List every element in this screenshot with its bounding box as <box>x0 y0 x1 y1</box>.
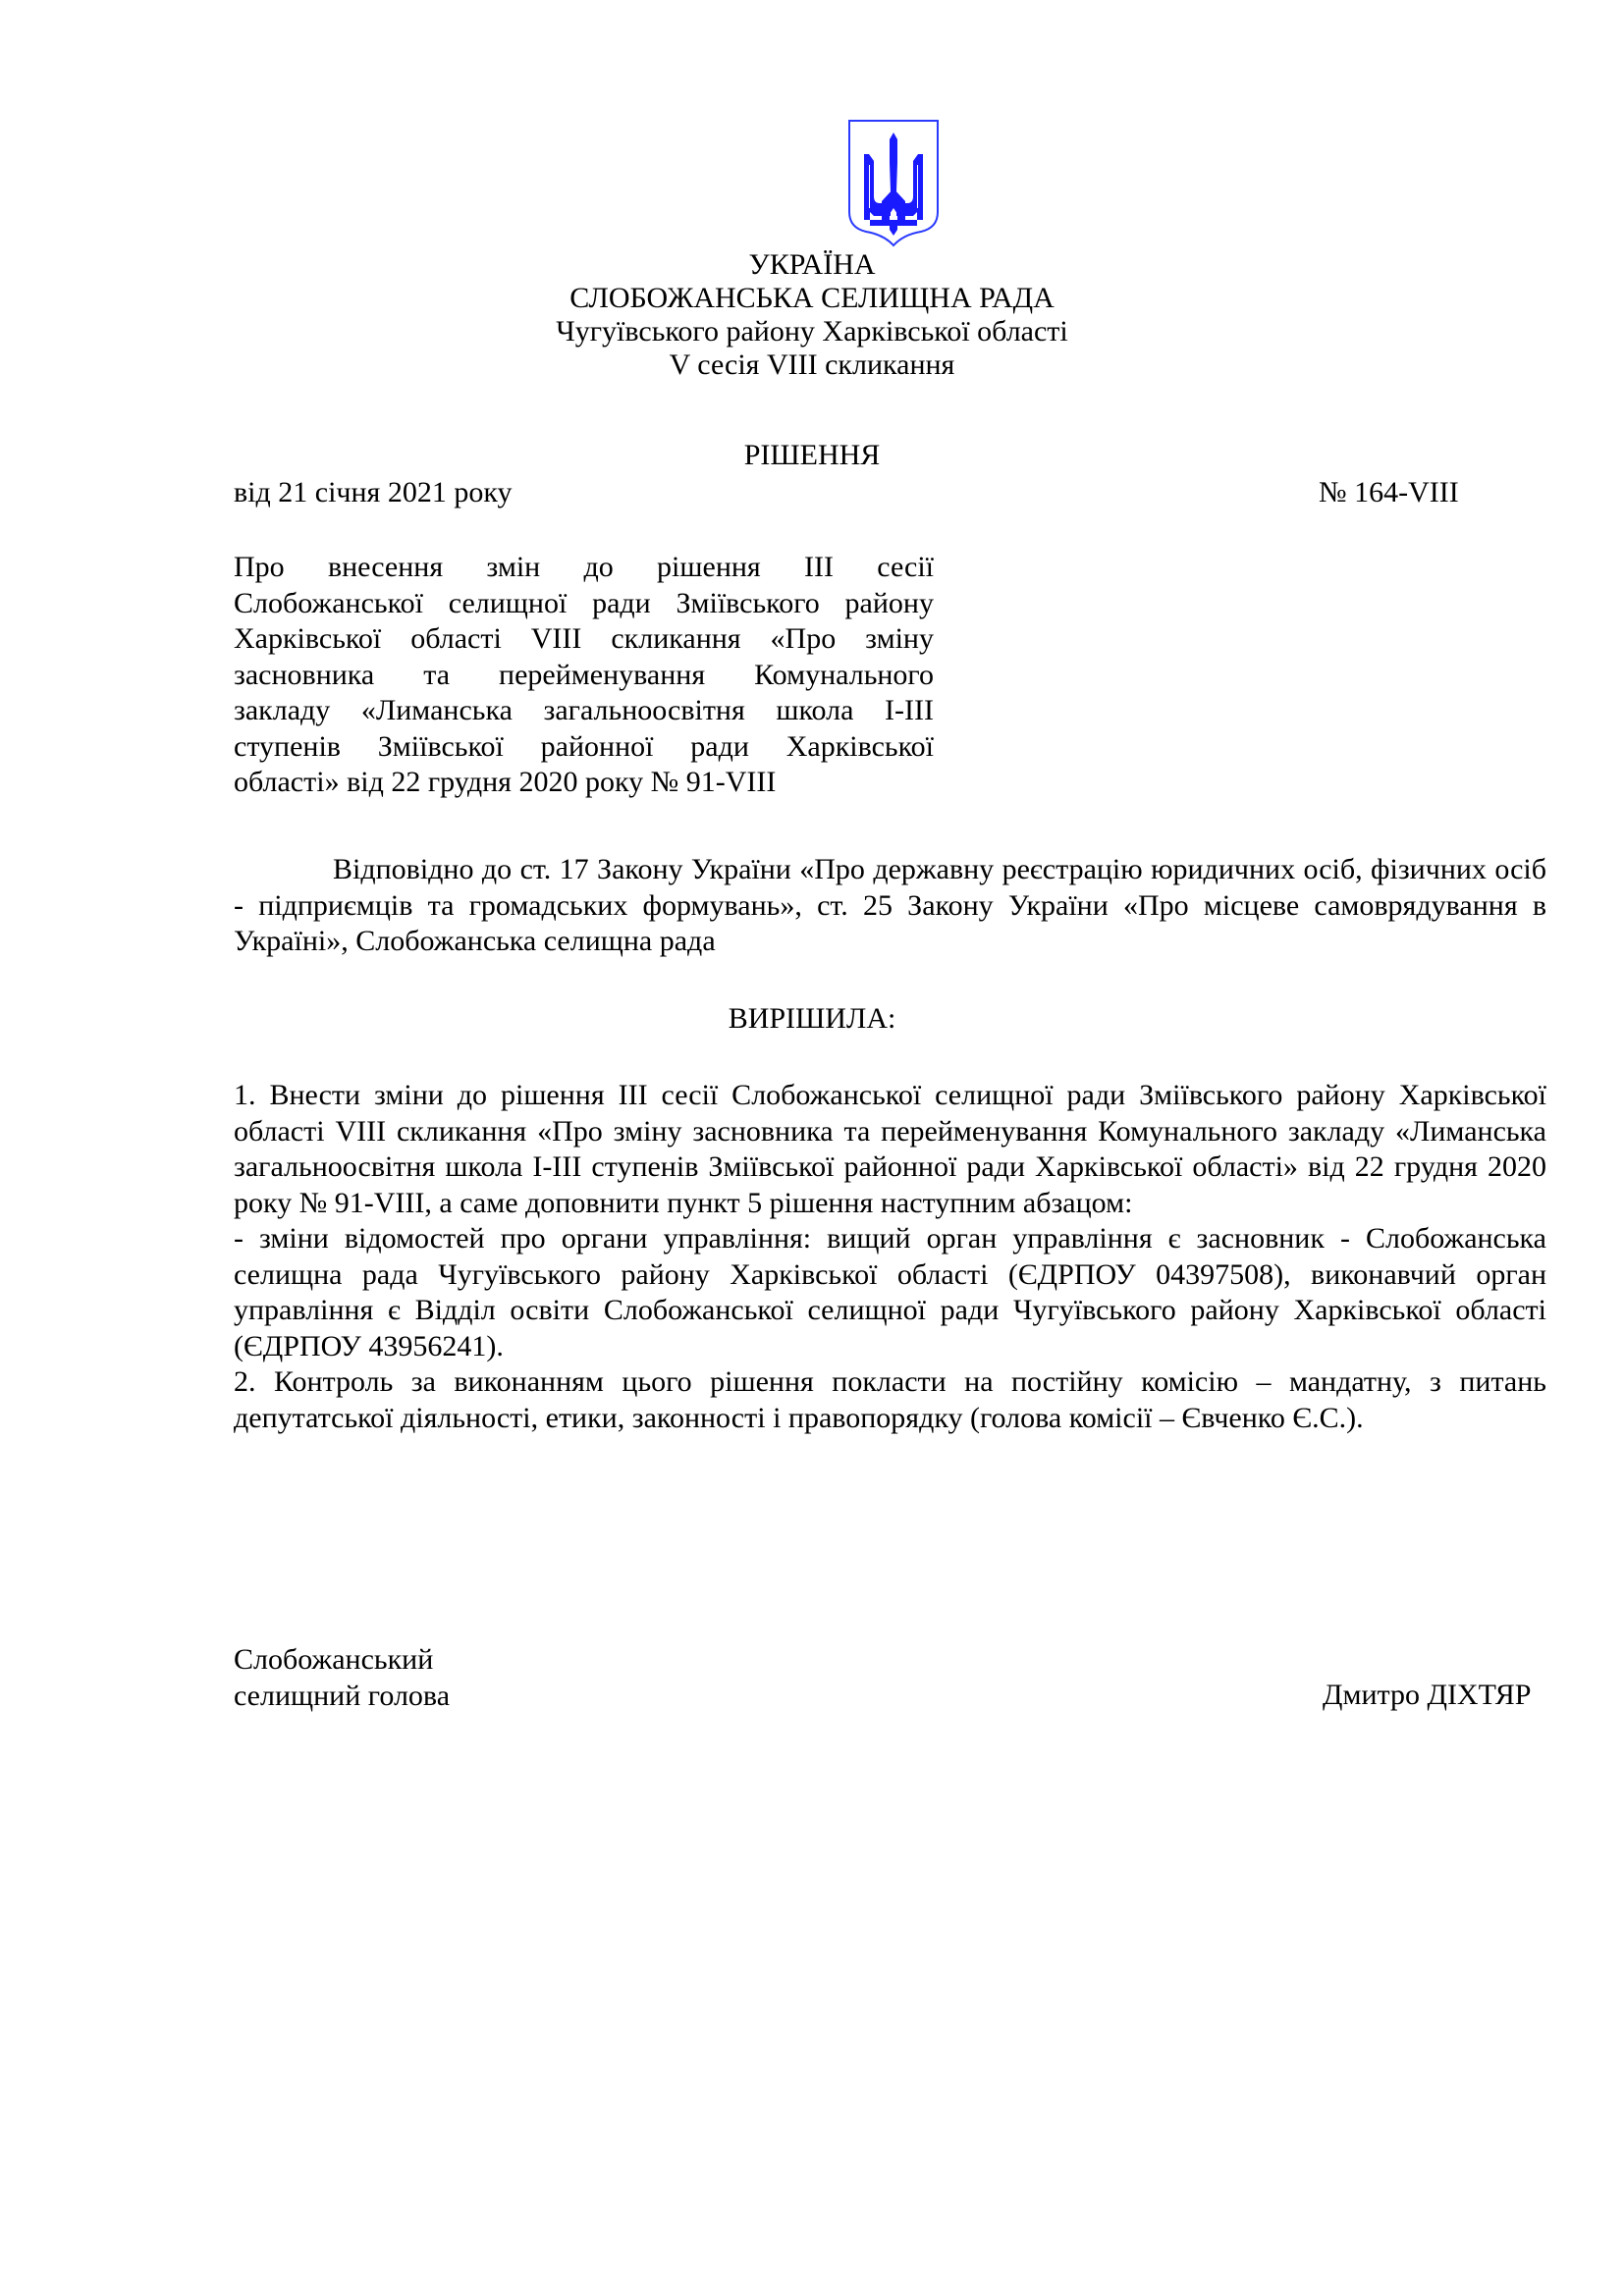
subject-line: засновника та перейменування Комунальног… <box>234 658 934 694</box>
decision-item-1-addendum: - зміни відомостей про органи управління… <box>234 1221 1546 1364</box>
signatory-title-line2: селищний голова <box>234 1679 450 1715</box>
document-type-title: РІШЕННЯ <box>0 438 1624 473</box>
document-header: УКРАЇНА СЛОБОЖАНСЬКА СЕЛИЩНА РАДА Чугуїв… <box>0 248 1624 382</box>
council-name: СЛОБОЖАНСЬКА СЕЛИЩНА РАДА <box>0 282 1624 315</box>
decision-subject: Про внесення змін до рішення ІІІ сесії С… <box>234 550 934 801</box>
region-name: Чугуївського району Харківської області <box>0 315 1624 348</box>
subject-line: закладу «Лиманська загальноосвітня школа… <box>234 693 934 729</box>
signatory-title-line1: Слобожанський <box>234 1642 450 1679</box>
document-date: від 21 січня 2021 року <box>234 475 513 511</box>
subject-line: Про внесення змін до рішення ІІІ сесії <box>234 550 934 586</box>
decision-item-1: 1. Внести зміни до рішення ІІІ сесії Сло… <box>234 1078 1546 1221</box>
subject-line: ступенів Зміївської районної ради Харків… <box>234 729 934 766</box>
resolved-heading: ВИРІШИЛА: <box>0 1001 1624 1038</box>
country-name: УКРАЇНА <box>0 248 1624 282</box>
document-page: УКРАЇНА СЛОБОЖАНСЬКА СЕЛИЩНА РАДА Чугуїв… <box>0 0 1624 2296</box>
trident-coat-of-arms-icon <box>846 118 941 247</box>
preamble-text: Відповідно до ст. 17 Закону України «Про… <box>234 852 1546 960</box>
preamble: Відповідно до ст. 17 Закону України «Про… <box>234 852 1546 960</box>
decision-body: 1. Внести зміни до рішення ІІІ сесії Сло… <box>234 1078 1546 1436</box>
document-number: № 164-VIII <box>1319 475 1459 511</box>
subject-line: Харківської області VIII скликання «Про … <box>234 621 934 658</box>
decision-item-2: 2. Контроль за виконанням цього рішення … <box>234 1364 1546 1436</box>
session-info: V сесія VIII скликання <box>0 348 1624 382</box>
signatory-title: Слобожанський селищний голова <box>234 1642 450 1714</box>
subject-line: області» від 22 грудня 2020 року № 91-VI… <box>234 765 934 801</box>
subject-line: Слобожанської селищної ради Зміївського … <box>234 586 934 622</box>
signatory-name: Дмитро ДІХТЯР <box>1323 1678 1531 1714</box>
